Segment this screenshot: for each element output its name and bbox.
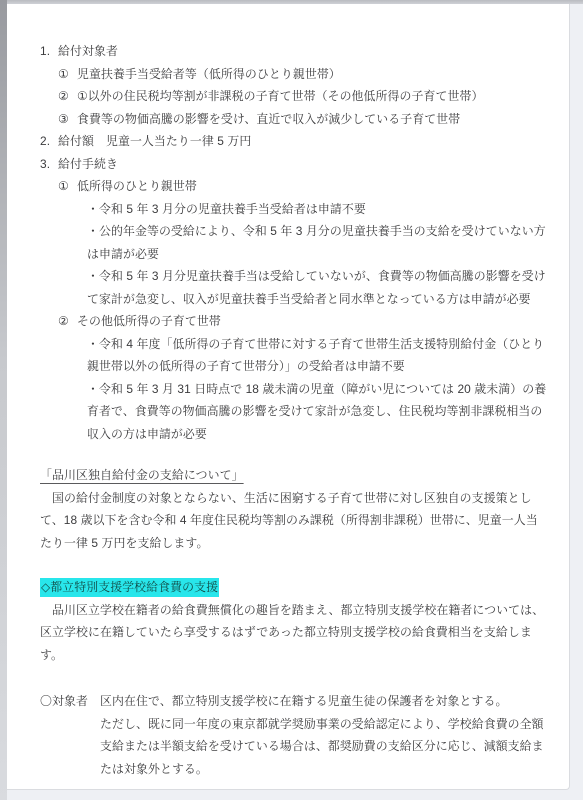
list-item-procedure: 3. 給付手続き bbox=[7, 153, 547, 176]
target-persons-content: 区内在住で、都立特別支援学校に在籍する児童生徒の保護者を対象とする。 ただし、既… bbox=[100, 690, 547, 780]
list-label: 給付手続き bbox=[58, 153, 118, 176]
circled-number: ① bbox=[58, 175, 77, 198]
list-item-recipients: 1. 給付対象者 bbox=[7, 40, 547, 63]
target-persons-line2: ただし、既に同一年度の東京都就学奨励事業の受給認定により、学校給食費の全額支給ま… bbox=[100, 713, 547, 781]
list-number: 1. bbox=[40, 40, 58, 63]
procedure-bullet: ・令和 5 年 3 月分児童扶養手当は受給していないが、食費等の物価高騰の影響を… bbox=[87, 265, 547, 310]
procedure-bullet: ・令和 5 年 3 月分の児童扶養手当受給者は申請不要 bbox=[87, 198, 547, 221]
target-persons-block: 〇対象者 区内在住で、都立特別支援学校に在籍する児童生徒の保護者を対象とする。 … bbox=[7, 690, 547, 780]
sub-item-text: 児童扶養手当受給者等（低所得のひとり親世帯） bbox=[77, 63, 341, 86]
underlined-heading-text: 「品川区独自給付金の支給について」 bbox=[40, 468, 244, 482]
target-persons-line1: 区内在住で、都立特別支援学校に在籍する児童生徒の保護者を対象とする。 bbox=[100, 690, 547, 713]
circled-number: ② bbox=[58, 310, 77, 333]
target-persons-label: 〇対象者 bbox=[40, 690, 100, 780]
sub-item-recipients-3: ③ 食費等の物価高騰の影響を受け、直近で収入が減少している子育て世帯 bbox=[7, 108, 547, 131]
circled-number: ② bbox=[58, 85, 77, 108]
procedure-bullet: ・令和 4 年度「低所得の子育て世帯に対する子育て世帯生活支援特別給付金（ひとり… bbox=[87, 333, 547, 378]
school-lunch-body: 品川区立学校在籍者の給食費無償化の趣旨を踏まえ、都立特別支援学校在籍者については… bbox=[40, 599, 547, 667]
sub-item-text: 食費等の物価高騰の影響を受け、直近で収入が減少している子育て世帯 bbox=[77, 108, 460, 131]
sub-item-procedure-2: ② その他低所得の子育て世帯 bbox=[7, 310, 547, 333]
sub-item-text: ①以外の住民税均等割が非課税の子育て世帯（その他低所得の子育て世帯） bbox=[77, 85, 483, 108]
sub-item-recipients-1: ① 児童扶養手当受給者等（低所得のひとり親世帯） bbox=[7, 63, 547, 86]
list-item-amount: 2. 給付額 児童一人当たり一律 5 万円 bbox=[7, 130, 547, 153]
list-number: 2. bbox=[40, 130, 58, 153]
procedure-bullet: ・公的年金等の受給により、令和 5 年 3 月分の児童扶養手当の支給を受けていな… bbox=[87, 220, 547, 265]
shinagawa-grant-body: 国の給付金制度の対象とならない、生活に困窮する子育て世帯に対し区独自の支援策とし… bbox=[40, 487, 547, 555]
circled-number: ③ bbox=[58, 108, 77, 131]
document-photo: 1. 給付対象者 ① 児童扶養手当受給者等（低所得のひとり親世帯） ② ①以外の… bbox=[0, 0, 583, 800]
sub-item-text: 低所得のひとり親世帯 bbox=[77, 175, 197, 198]
shinagawa-grant-heading: 「品川区独自給付金の支給について」 bbox=[40, 464, 547, 487]
list-label: 給付額 児童一人当たり一律 5 万円 bbox=[58, 130, 251, 153]
circled-number: ① bbox=[58, 63, 77, 86]
photo-edge-left bbox=[0, 0, 7, 800]
highlighted-heading-text: ◇都立特別支援学校給食費の支援 bbox=[40, 578, 219, 597]
school-lunch-heading: ◇都立特別支援学校給食費の支援 bbox=[40, 576, 547, 599]
document-page: 1. 給付対象者 ① 児童扶養手当受給者等（低所得のひとり親世帯） ② ①以外の… bbox=[7, 4, 570, 790]
sub-item-recipients-2: ② ①以外の住民税均等割が非課税の子育て世帯（その他低所得の子育て世帯） bbox=[7, 85, 547, 108]
sub-item-text: その他低所得の子育て世帯 bbox=[77, 310, 221, 333]
list-label: 給付対象者 bbox=[58, 40, 118, 63]
procedure-bullet: ・令和 5 年 3 月 31 日時点で 18 歳未満の児童（障がい児については … bbox=[87, 378, 547, 446]
list-number: 3. bbox=[40, 153, 58, 176]
sub-item-procedure-1: ① 低所得のひとり親世帯 bbox=[7, 175, 547, 198]
